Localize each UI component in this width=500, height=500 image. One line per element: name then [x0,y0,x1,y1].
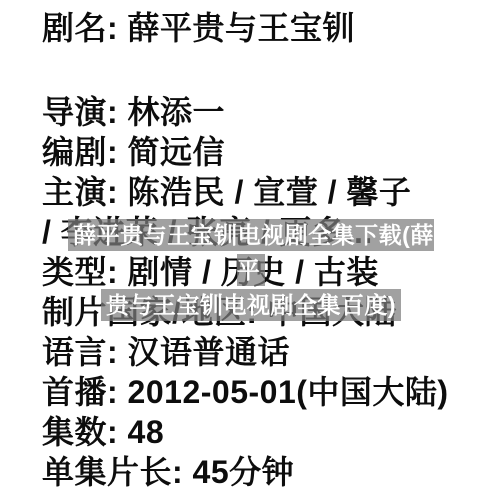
info-row-starring: 主演: 陈浩民 / 宣萱 / 馨子 [42,172,490,212]
info-row-screenwriter: 编剧: 简远信 [42,132,490,172]
info-row-episode-count: 集数: 48 [42,412,490,452]
info-row-genre: 类型: 剧情 / 历史 / 古装 [42,252,490,292]
drama-title-line: 剧名: 薛平贵与王宝钏 [42,8,490,48]
title-gap-spacer [42,48,490,92]
info-row-country: 制片国家/地区: 中国大陆 [42,292,490,332]
info-row-premiere-date: 首播: 2012-05-01(中国大陆) [42,372,490,412]
drama-info-page: 剧名: 薛平贵与王宝钏 导演: 林添一 编剧: 简远信 主演: 陈浩民 / 宣萱… [0,0,500,500]
info-row-starring-continued: / 李进荣 / 张亮 / 更多... [42,212,490,252]
info-row-language: 语言: 汉语普通话 [42,332,490,372]
info-row-episode-length: 单集片长: 45分钟 [42,452,490,492]
info-row-director: 导演: 林添一 [42,92,490,132]
